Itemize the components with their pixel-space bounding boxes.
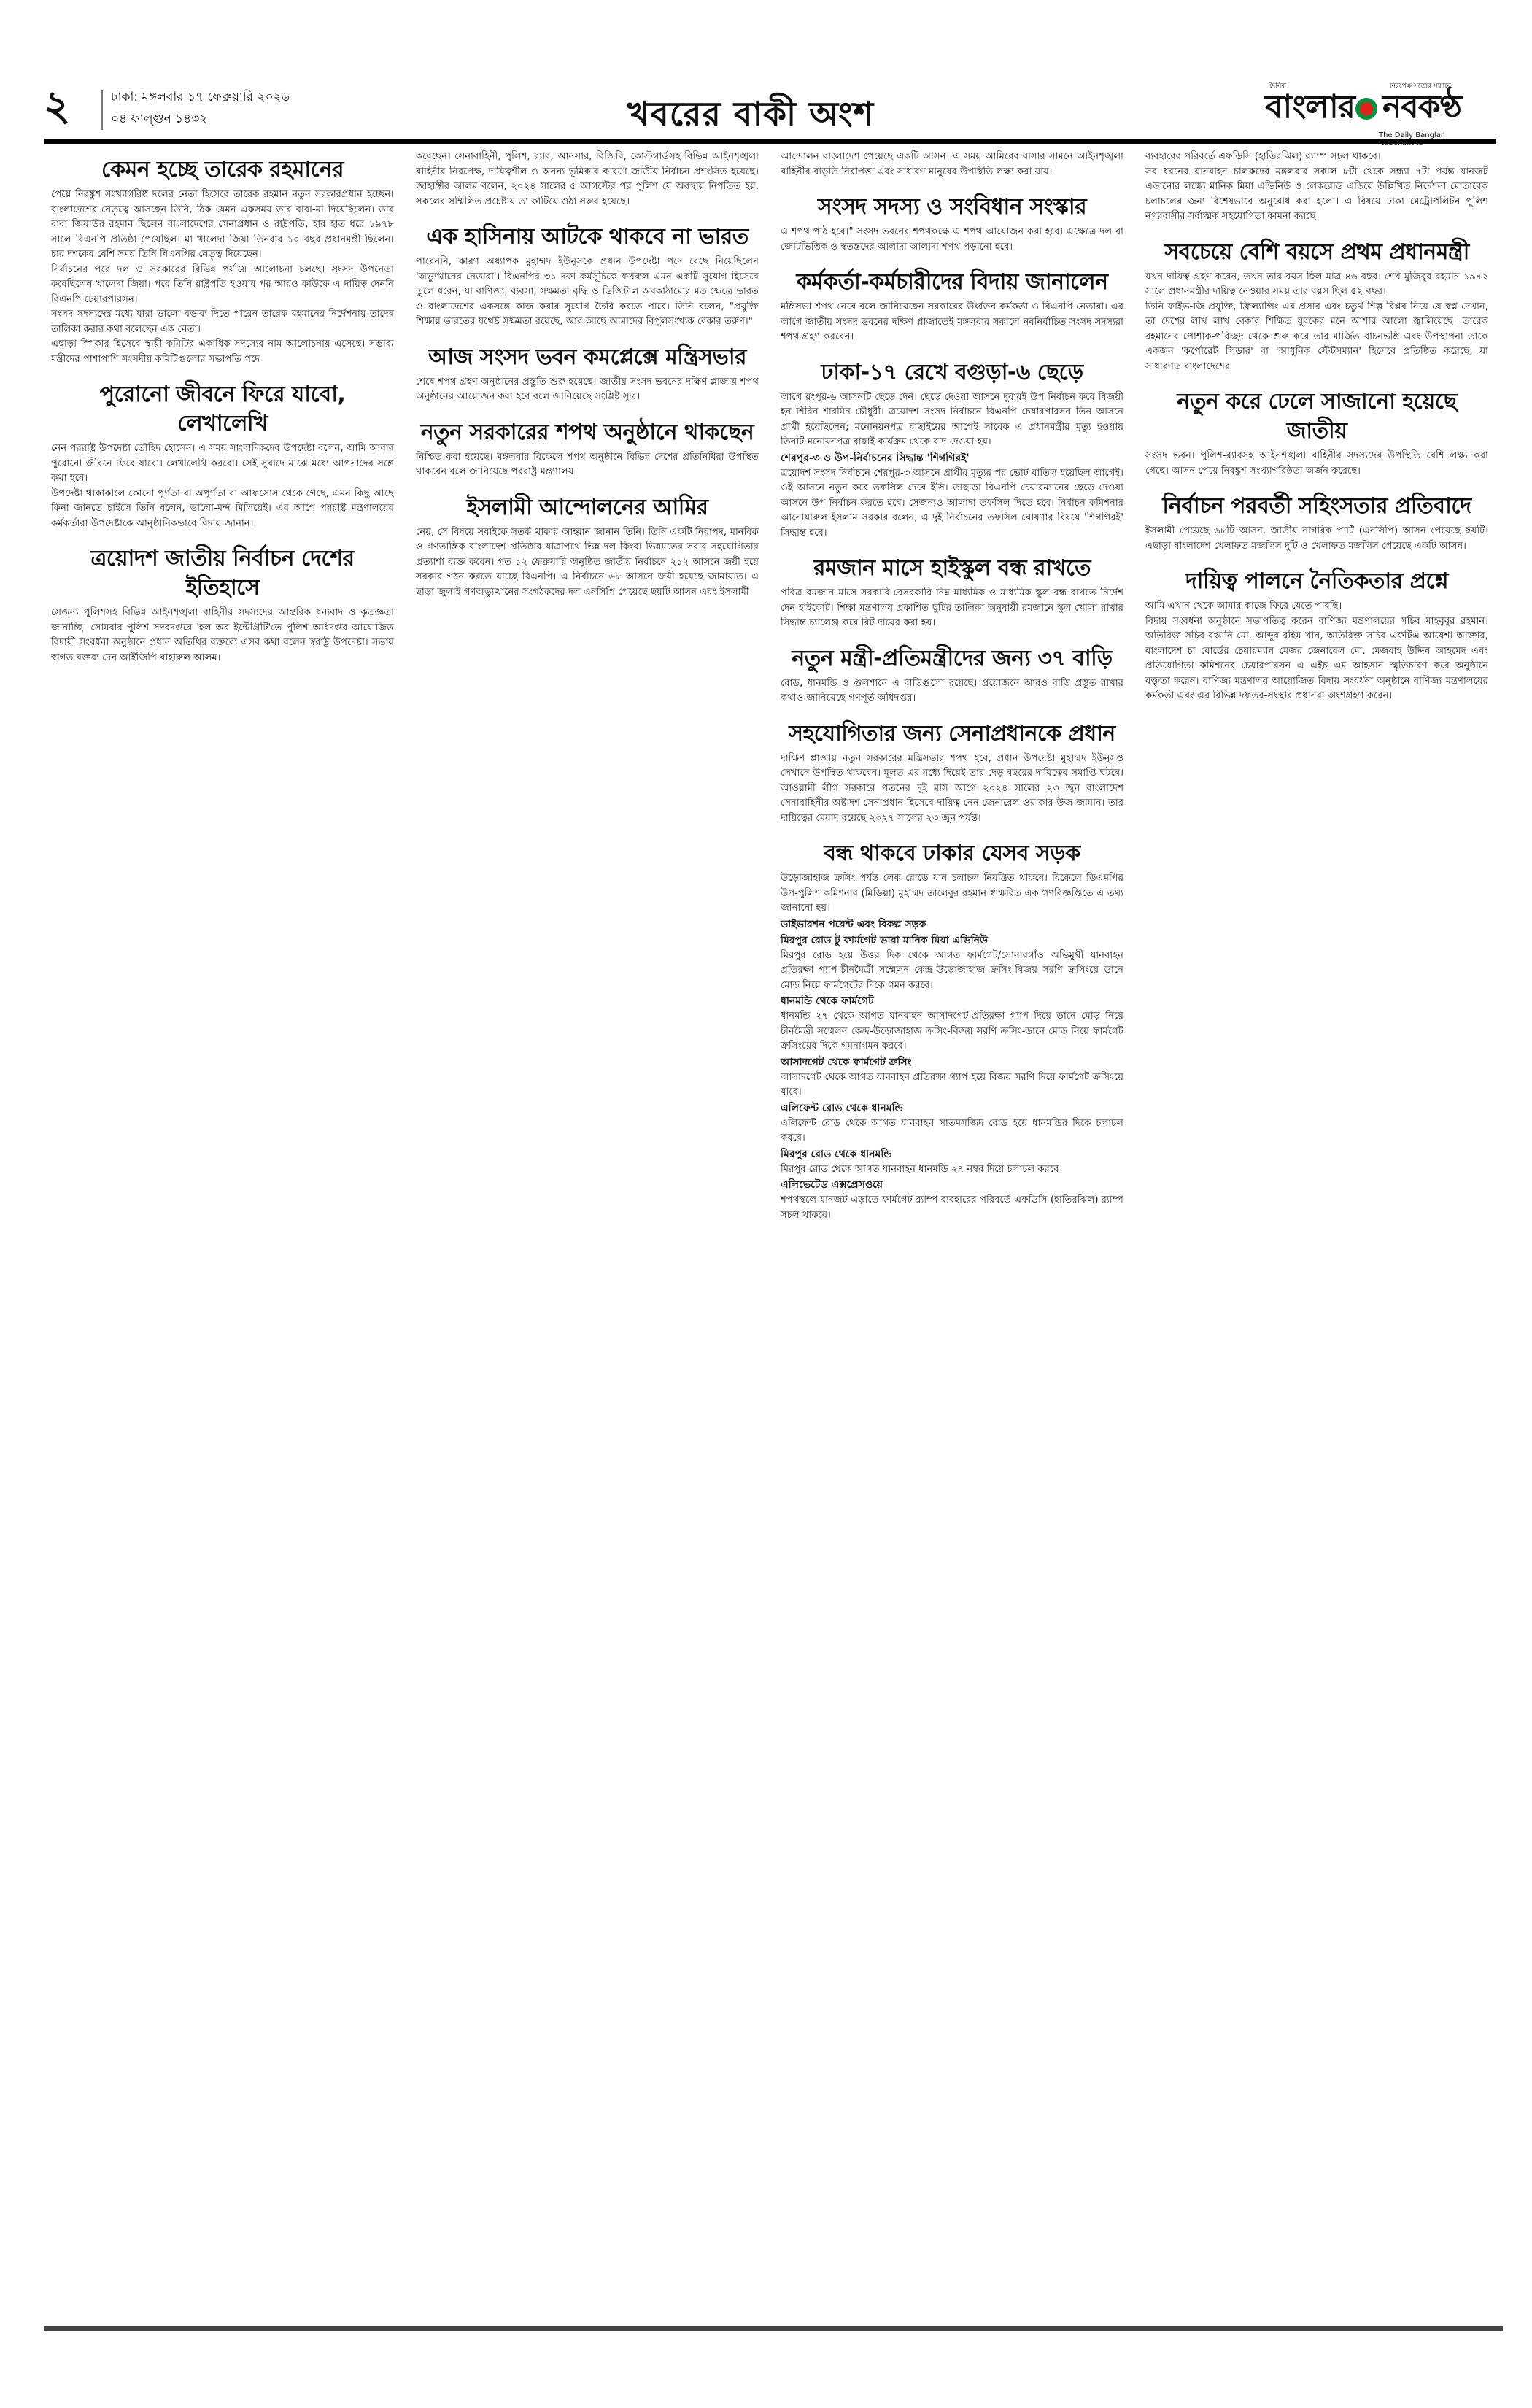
- column-4: ব্যবহারের পরিবর্তে এফডিসি (হাতিরঝিল) র‌্…: [1145, 150, 1488, 717]
- bangla-date: ০৪ ফাল্গুন ১৪৩২: [111, 108, 290, 130]
- story-headline: সহযোগিতার জন্য সেনাপ্রধানকে প্রধান: [781, 719, 1123, 749]
- story-body: সংসদ ভবন। পুলিশ-র‌্যাবসহ আইনশৃঙ্খলা বাহি…: [1145, 449, 1488, 479]
- story-headline: দায়িত্ব পালনে নৈতিকতার প্রশ্নে: [1145, 567, 1488, 596]
- story-paragraph: করেছেন। সেনাবাহিনী, পুলিশ, র‌্যাব, আনসার…: [416, 150, 759, 209]
- story-subhead: শেরপুর-৩ ও উপ-নির্বাচনের সিদ্ধান্ত 'শিগগ…: [781, 450, 1123, 466]
- story-body: শেষে শপথ গ্রহণ অনুষ্ঠানের প্রস্তুতি শুরু…: [416, 375, 759, 405]
- news-story: আজ সংসদ ভবন কমপ্লেক্সে মন্ত্রিসভারশেষে শ…: [416, 343, 759, 405]
- story-headline: এক হাসিনায় আটকে থাকবে না ভারত: [416, 223, 759, 252]
- route-title: মিরপুর রোড থেকে ধানমন্ডি: [781, 1146, 1123, 1162]
- story-paragraph: পেয়ে নিরঙ্কুশ সংখ্যাগরিষ্ঠ দলের নেতা হি…: [51, 188, 394, 263]
- route-title: মিরপুর রোড টু ফার্মগেট ভায়া মানিক মিয়া…: [781, 933, 1123, 949]
- newspaper-logo: দৈনিক নিরপেক্ষ সত্যের সন্ধানে বাংলার নবক…: [1262, 80, 1481, 147]
- story-headline: ঢাকা-১৭ রেখে বগুড়া-৬ ছেড়ে: [781, 358, 1123, 387]
- story-body: পারেননি, কারণ অধ্যাপক মুহাম্মদ ইউনূসকে প…: [416, 255, 759, 330]
- story-headline: ইসলামী আন্দোলনের আমির: [416, 493, 759, 522]
- news-story: বন্ধ থাকবে ঢাকার যেসব সড়কউড়োজাহাজ ক্রস…: [781, 839, 1123, 1223]
- story-headline: সবচেয়ে বেশি বয়সে প্রথম প্রধানমন্ত্রী: [1145, 238, 1488, 267]
- story-paragraph: নির্বাচনের পরে দল ও সরকারের বিভিন্ন পর্য…: [51, 263, 394, 308]
- story-paragraph: দাক্ষিণ প্লাজায় নতুন সরকারের মন্ত্রিসভা…: [781, 752, 1123, 827]
- news-story: সংসদ সদস্য ও সংবিধান সংস্কারএ শপথ পাঠ হব…: [781, 193, 1123, 255]
- story-paragraph: নেয়, সে বিষয়ে সবাইকে সতর্ক থাকার আহ্বা…: [416, 525, 759, 601]
- footer-rule-left: [44, 2326, 773, 2331]
- news-story: সবচেয়ে বেশি বয়সে প্রথম প্রধানমন্ত্রীযখ…: [1145, 238, 1488, 375]
- logo-word-nabokantha: নবকণ্ঠ: [1382, 88, 1461, 127]
- news-story: নতুন করে ঢেলে সাজানো হয়েছে জাতীয়সংসদ ভ…: [1145, 387, 1488, 479]
- route-description: শপথস্থলে যানজট এড়াতে ফার্মগেট র‌্যাম্প …: [781, 1193, 1123, 1223]
- story-headline: কেমন হচ্ছে তারেক রহমানের: [51, 155, 394, 185]
- news-story: ব্যবহারের পরিবর্তে এফডিসি (হাতিরঝিল) র‌্…: [1145, 150, 1488, 225]
- story-body: করেছেন। সেনাবাহিনী, পুলিশ, র‌্যাব, আনসার…: [416, 150, 759, 209]
- story-paragraph: ব্যবহারের পরিবর্তে এফডিসি (হাতিরঝিল) র‌্…: [1145, 150, 1488, 165]
- story-paragraph: উপদেষ্টা থাকাকালে কোনো পূর্ণতা বা অপূর্ণ…: [51, 487, 394, 532]
- story-headline: সংসদ সদস্য ও সংবিধান সংস্কার: [781, 193, 1123, 222]
- story-headline: বন্ধ থাকবে ঢাকার যেসব সড়ক: [781, 839, 1123, 868]
- news-story: নতুন সরকারের শপথ অনুষ্ঠানে থাকছেননিশ্চিত…: [416, 418, 759, 480]
- news-story: নির্বাচন পরবর্তী সহিংসতার প্রতিবাদেইসলাম…: [1145, 492, 1488, 554]
- story-paragraph: আন্দোলন বাংলাদেশ পেয়েছে একটি আসন। এ সময…: [781, 150, 1123, 180]
- story-body: ব্যবহারের পরিবর্তে এফডিসি (হাতিরঝিল) র‌্…: [1145, 150, 1488, 225]
- news-story: সহযোগিতার জন্য সেনাপ্রধানকে প্রধানদাক্ষি…: [781, 719, 1123, 827]
- story-headline: কর্মকর্তা-কর্মচারীদের বিদায় জানালেন: [781, 268, 1123, 297]
- story-paragraph: এ শপথ পাঠ হবে।" সংসদ ভবনের শপথকক্ষে এ শপ…: [781, 225, 1123, 255]
- story-headline: ত্রয়োদশ জাতীয় নির্বাচন দেশের ইতিহাসে: [51, 544, 394, 603]
- story-body: পবিত্র রমজান মাসে সরকারি-বেসরকারি নিম্ন …: [781, 586, 1123, 631]
- story-body: যখন দায়িত্ব গ্রহণ করেন, তখন তার বয়স ছি…: [1145, 270, 1488, 375]
- story-paragraph: নেন পররাষ্ট্র উপদেষ্টা তৌহিদ হোসেন। এ সম…: [51, 441, 394, 487]
- route-description: ধানমন্ডি ২৭ থেকে আগত যানবাহন আসাদগেট-প্র…: [781, 1009, 1123, 1054]
- news-story: আন্দোলন বাংলাদেশ পেয়েছে একটি আসন। এ সময…: [781, 150, 1123, 180]
- story-body: উড়োজাহাজ ক্রসিং পর্যন্ত লেক রোডে যান চল…: [781, 871, 1123, 1223]
- news-story: ঢাকা-১৭ রেখে বগুড়া-৬ ছেড়েআগে রংপুর-৬ আ…: [781, 358, 1123, 541]
- story-body: সেজন্য পুলিশসহ বিভিন্ন আইনশৃঙ্খলা বাহিনী…: [51, 606, 394, 665]
- story-headline: পুরোনো জীবনে ফিরে যাবো, লেখালেখি: [51, 380, 394, 439]
- story-paragraph: সংসদ ভবন। পুলিশ-র‌্যাবসহ আইনশৃঙ্খলা বাহি…: [1145, 449, 1488, 479]
- route-title: ধানমন্ডি থেকে ফার্মগেট: [781, 993, 1123, 1009]
- story-body: আগে রংপুর-৬ আসনটি ছেড়ে দেন। ছেড়ে দেওয়…: [781, 390, 1123, 541]
- story-body: নেন পররাষ্ট্র উপদেষ্টা তৌহিদ হোসেন। এ সম…: [51, 441, 394, 531]
- story-paragraph: ত্রয়োদশ সংসদ নির্বাচনে শেরপুর-৩ আসনে প্…: [781, 466, 1123, 541]
- story-body: নেয়, সে বিষয়ে সবাইকে সতর্ক থাকার আহ্বা…: [416, 525, 759, 601]
- story-body: আন্দোলন বাংলাদেশ পেয়েছে একটি আসন। এ সময…: [781, 150, 1123, 180]
- news-story: এক হাসিনায় আটকে থাকবে না ভারতপারেননি, ক…: [416, 223, 759, 330]
- story-paragraph: আমি এখান থেকে আমার কাজে ফিরে যেতে পারছি।: [1145, 599, 1488, 614]
- story-paragraph: সেজন্য পুলিশসহ বিভিন্ন আইনশৃঙ্খলা বাহিনী…: [51, 606, 394, 665]
- route-description: মিরপুর রোড থেকে আগত যানবাহন ধানমন্ডি ২৭ …: [781, 1162, 1123, 1178]
- story-headline: নির্বাচন পরবর্তী সহিংসতার প্রতিবাদে: [1145, 492, 1488, 521]
- story-paragraph: যখন দায়িত্ব গ্রহণ করেন, তখন তার বয়স ছি…: [1145, 270, 1488, 300]
- story-paragraph: উড়োজাহাজ ক্রসিং পর্যন্ত লেক রোডে যান চল…: [781, 871, 1123, 916]
- story-paragraph: তিনি ফাইভ-জি প্রযুক্তি, ফ্রিল্যান্সিং এর…: [1145, 300, 1488, 375]
- column-1: কেমন হচ্ছে তারেক রহমানেরপেয়ে নিরঙ্কুশ স…: [51, 150, 394, 679]
- story-headline: নতুন সরকারের শপথ অনুষ্ঠানে থাকছেন: [416, 418, 759, 447]
- news-story: ইসলামী আন্দোলনের আমিরনেয়, সে বিষয়ে সবা…: [416, 493, 759, 601]
- story-body: আমি এখান থেকে আমার কাজে ফিরে যেতে পারছি।…: [1145, 599, 1488, 704]
- page-number: ২: [44, 84, 70, 128]
- route-description: এলিফেন্ট রোড থেকে আগত যানবাহন সাতমসজিদ র…: [781, 1116, 1123, 1146]
- news-story: নতুন মন্ত্রী-প্রতিমন্ত্রীদের জন্য ৩৭ বাড…: [781, 644, 1123, 706]
- story-body: পেয়ে নিরঙ্কুশ সংখ্যাগরিষ্ঠ দলের নেতা হি…: [51, 188, 394, 367]
- story-headline: নতুন করে ঢেলে সাজানো হয়েছে জাতীয়: [1145, 387, 1488, 446]
- story-body: নিশ্চিত করা হয়েছে। মঙ্গলবার বিকেলে শপথ …: [416, 450, 759, 480]
- footer-rule-right: [773, 2326, 1503, 2331]
- story-paragraph: বিদায় সংবর্ধনা অনুষ্ঠানে সভাপতিত্ব করেন…: [1145, 614, 1488, 704]
- story-paragraph: সব ধরনের যানবাহন চালকদের মঙ্গলবার সকাল ৮…: [1145, 165, 1488, 225]
- story-body: দাক্ষিণ প্লাজায় নতুন সরকারের মন্ত্রিসভা…: [781, 752, 1123, 827]
- route-description: আসাদগেট থেকে আগত যানবাহন প্রতিরক্ষা গ্যা…: [781, 1070, 1123, 1100]
- story-headline: রমজান মাসে হাইস্কুল বন্ধ রাখতে: [781, 554, 1123, 583]
- news-story: কর্মকর্তা-কর্মচারীদের বিদায় জানালেনমন্ত…: [781, 268, 1123, 345]
- route-description: মিরপুর রোড হয়ে উত্তর দিক থেকে আগত ফার্ম…: [781, 949, 1123, 994]
- section-title: খবরের বাকী অংশ: [627, 89, 874, 144]
- news-story: রমজান মাসে হাইস্কুল বন্ধ রাখতেপবিত্র রমজ…: [781, 554, 1123, 631]
- route-title: ডাইভারশন পয়েন্ট এবং বিকল্প সড়ক: [781, 916, 1123, 933]
- story-paragraph: শেষে শপথ গ্রহণ অনুষ্ঠানের প্রস্তুতি শুরু…: [416, 375, 759, 405]
- route-title: এলিভেটেড এক্সপ্রেসওয়ে: [781, 1177, 1123, 1193]
- story-paragraph: পারেননি, কারণ অধ্যাপক মুহাম্মদ ইউনূসকে প…: [416, 255, 759, 330]
- story-body: রোড, ধানমন্ডি ও গুলশানে এ বাড়িগুলো রয়ে…: [781, 676, 1123, 706]
- story-headline: নতুন মন্ত্রী-প্রতিমন্ত্রীদের জন্য ৩৭ বাড…: [781, 644, 1123, 674]
- story-paragraph: এছাড়া স্পিকার হিসেবে স্থায়ী কমিটির একা…: [51, 337, 394, 367]
- route-title: আসাদগেট থেকে ফার্মগেট ক্রসিং: [781, 1054, 1123, 1070]
- story-headline: আজ সংসদ ভবন কমপ্লেক্সে মন্ত্রিসভার: [416, 343, 759, 372]
- news-story: করেছেন। সেনাবাহিনী, পুলিশ, র‌্যাব, আনসার…: [416, 150, 759, 209]
- story-body: এ শপথ পাঠ হবে।" সংসদ ভবনের শপথকক্ষে এ শপ…: [781, 225, 1123, 255]
- logo-word-banglar: বাংলার: [1265, 88, 1355, 127]
- header-rule: [44, 139, 1496, 144]
- column-3: আন্দোলন বাংলাদেশ পেয়েছে একটি আসন। এ সময…: [781, 150, 1123, 1236]
- news-story: ত্রয়োদশ জাতীয় নির্বাচন দেশের ইতিহাসেসে…: [51, 544, 394, 665]
- date-line: ঢাকা: মঙ্গলবার ১৭ ফেব্রুয়ারি ২০২৬: [111, 86, 290, 108]
- story-paragraph: রোড, ধানমন্ডি ও গুলশানে এ বাড়িগুলো রয়ে…: [781, 676, 1123, 706]
- flag-circle-icon: [1355, 98, 1377, 120]
- news-story: দায়িত্ব পালনে নৈতিকতার প্রশ্নেআমি এখান …: [1145, 567, 1488, 704]
- column-2: করেছেন। সেনাবাহিনী, পুলিশ, র‌্যাব, আনসার…: [416, 150, 759, 613]
- story-paragraph: আগে রংপুর-৬ আসনটি ছেড়ে দেন। ছেড়ে দেওয়…: [781, 390, 1123, 450]
- route-title: এলিফেন্ট রোড থেকে ধানমন্ডি: [781, 1100, 1123, 1116]
- story-body: মন্ত্রিসভা শপথ নেবে বলে জানিয়েছেন সরকার…: [781, 300, 1123, 345]
- news-story: পুরোনো জীবনে ফিরে যাবো, লেখালেখিনেন পররা…: [51, 380, 394, 531]
- date-block: ঢাকা: মঙ্গলবার ১৭ ফেব্রুয়ারি ২০২৬ ০৪ ফা…: [111, 86, 290, 130]
- story-body: ইসলামী পেয়েছে ৬৮টি আসন, জাতীয় নাগরিক প…: [1145, 524, 1488, 554]
- news-story: কেমন হচ্ছে তারেক রহমানেরপেয়ে নিরঙ্কুশ স…: [51, 155, 394, 367]
- story-paragraph: পবিত্র রমজান মাসে সরকারি-বেসরকারি নিম্ন …: [781, 586, 1123, 631]
- story-paragraph: ইসলামী পেয়েছে ৬৮টি আসন, জাতীয় নাগরিক প…: [1145, 524, 1488, 554]
- story-paragraph: নিশ্চিত করা হয়েছে। মঙ্গলবার বিকেলে শপথ …: [416, 450, 759, 480]
- story-paragraph: সংসদ সদস্যদের মধ্যে যারা ভালো বক্তব্য দি…: [51, 307, 394, 337]
- date-separator: [101, 90, 103, 130]
- story-paragraph: মন্ত্রিসভা শপথ নেবে বলে জানিয়েছেন সরকার…: [781, 300, 1123, 345]
